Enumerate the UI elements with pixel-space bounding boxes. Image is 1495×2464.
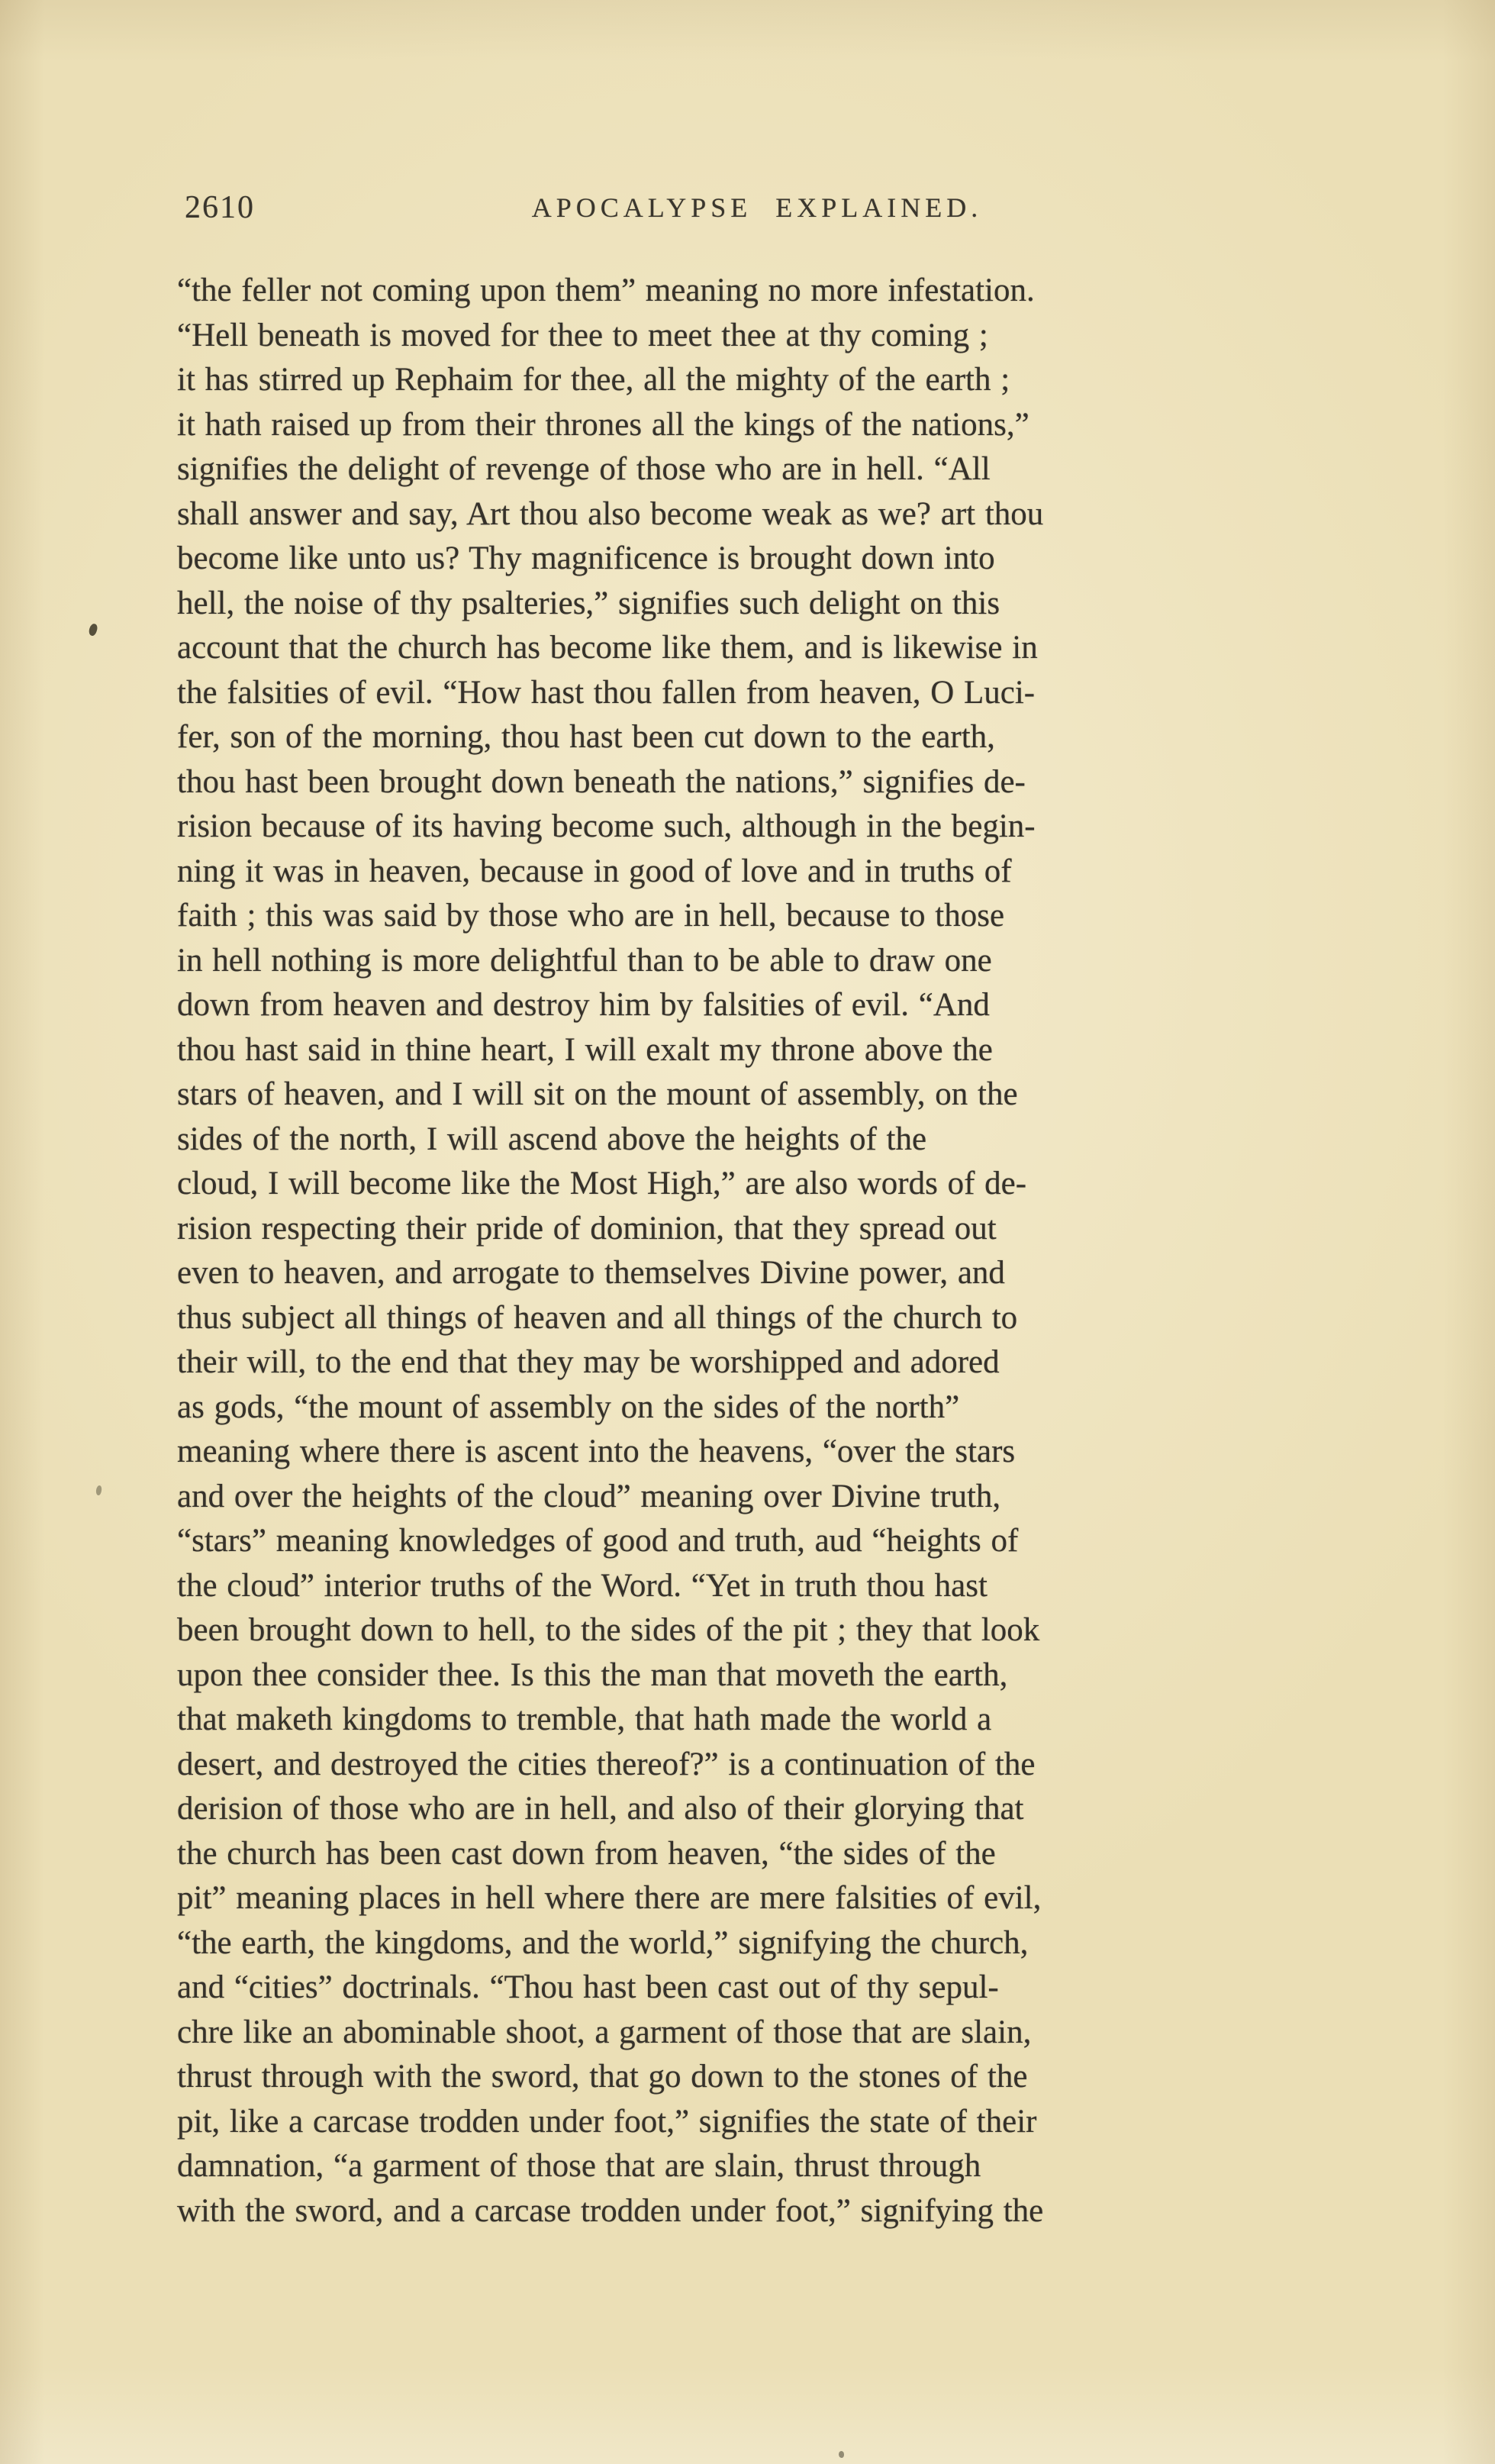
ink-speck xyxy=(88,623,98,637)
text-line: stars of heaven, and I will sit on the m… xyxy=(177,1072,1337,1118)
text-line: fer, son of the morning, thou hast been … xyxy=(177,715,1337,760)
text-line: hell, the noise of thy psalteries,” sign… xyxy=(177,582,1337,627)
text-line: damnation, “a garment of those that are … xyxy=(177,2144,1337,2189)
text-line: chre like an abominable shoot, a garment… xyxy=(177,2011,1337,2056)
text-line: “stars” meaning knowledges of good and t… xyxy=(177,1519,1337,1564)
text-line: with the sword, and a carcase trodden un… xyxy=(177,2189,1337,2234)
page-number: 2610 xyxy=(185,188,255,227)
text-line: the falsities of evil. “How hast thou fa… xyxy=(177,671,1337,716)
text-line: even to heaven, and arrogate to themselv… xyxy=(177,1251,1337,1296)
text-line: faith ; this was said by those who are i… xyxy=(177,894,1337,939)
ink-speck xyxy=(839,2451,844,2458)
text-line: down from heaven and destroy him by fals… xyxy=(177,983,1337,1028)
text-line: “Hell beneath is moved for thee to meet … xyxy=(177,314,1337,359)
text-line: the cloud” interior truths of the Word. … xyxy=(177,1564,1337,1609)
text-line: sides of the north, I will ascend above … xyxy=(177,1118,1337,1163)
text-line: thou hast said in thine heart, I will ex… xyxy=(177,1028,1337,1073)
text-line: pit” meaning places in hell where there … xyxy=(177,1876,1337,1921)
text-line: “the earth, the kingdoms, and the world,… xyxy=(177,1921,1337,1966)
text-line: thrust through with the sword, that go d… xyxy=(177,2055,1337,2100)
ink-speck xyxy=(95,1485,102,1495)
text-line: meaning where there is ascent into the h… xyxy=(177,1430,1337,1475)
text-line: their will, to the end that they may be … xyxy=(177,1340,1337,1385)
text-line: “the feller not coming upon them” meanin… xyxy=(177,269,1337,314)
text-line: as gods, “the mount of assembly on the s… xyxy=(177,1385,1337,1430)
text-line: in hell nothing is more delightful than … xyxy=(177,939,1337,984)
text-line: pit, like a carcase trodden under foot,”… xyxy=(177,2100,1337,2145)
text-line: rision respecting their pride of dominio… xyxy=(177,1207,1337,1252)
text-line: account that the church has become like … xyxy=(177,626,1337,671)
text-line: ning it was in heaven, because in good o… xyxy=(177,850,1337,895)
text-line: derision of those who are in hell, and a… xyxy=(177,1787,1337,1832)
running-title: APOCALYPSE EXPLAINED. xyxy=(177,188,1337,227)
text-line: become like unto us? Thy magnificence is… xyxy=(177,537,1337,582)
text-line: thou hast been brought down beneath the … xyxy=(177,760,1337,805)
text-line: the church has been cast down from heave… xyxy=(177,1832,1337,1877)
text-line: and over the heights of the cloud” meani… xyxy=(177,1475,1337,1520)
text-line: desert, and destroyed the cities thereof… xyxy=(177,1743,1337,1788)
text-line: and “cities” doctrinals. “Thou hast been… xyxy=(177,1966,1337,2011)
book-page: 2610 APOCALYPSE EXPLAINED. “the feller n… xyxy=(0,0,1495,2464)
text-line: cloud, I will become like the Most High,… xyxy=(177,1162,1337,1207)
text-line: shall answer and say, Art thou also beco… xyxy=(177,492,1337,537)
text-line: signifies the delight of revenge of thos… xyxy=(177,447,1337,492)
text-line: it has stirred up Rephaim for thee, all … xyxy=(177,358,1337,403)
body-text: “the feller not coming upon them” meanin… xyxy=(177,269,1337,2233)
text-line: it hath raised up from their thrones all… xyxy=(177,403,1337,448)
text-line: been brought down to hell, to the sides … xyxy=(177,1608,1337,1653)
running-head: 2610 APOCALYPSE EXPLAINED. xyxy=(177,188,1337,227)
text-line: thus subject all things of heaven and al… xyxy=(177,1296,1337,1341)
text-line: that maketh kingdoms to tremble, that ha… xyxy=(177,1698,1337,1743)
text-line: upon thee consider thee. Is this the man… xyxy=(177,1653,1337,1698)
text-line: rision because of its having become such… xyxy=(177,805,1337,850)
